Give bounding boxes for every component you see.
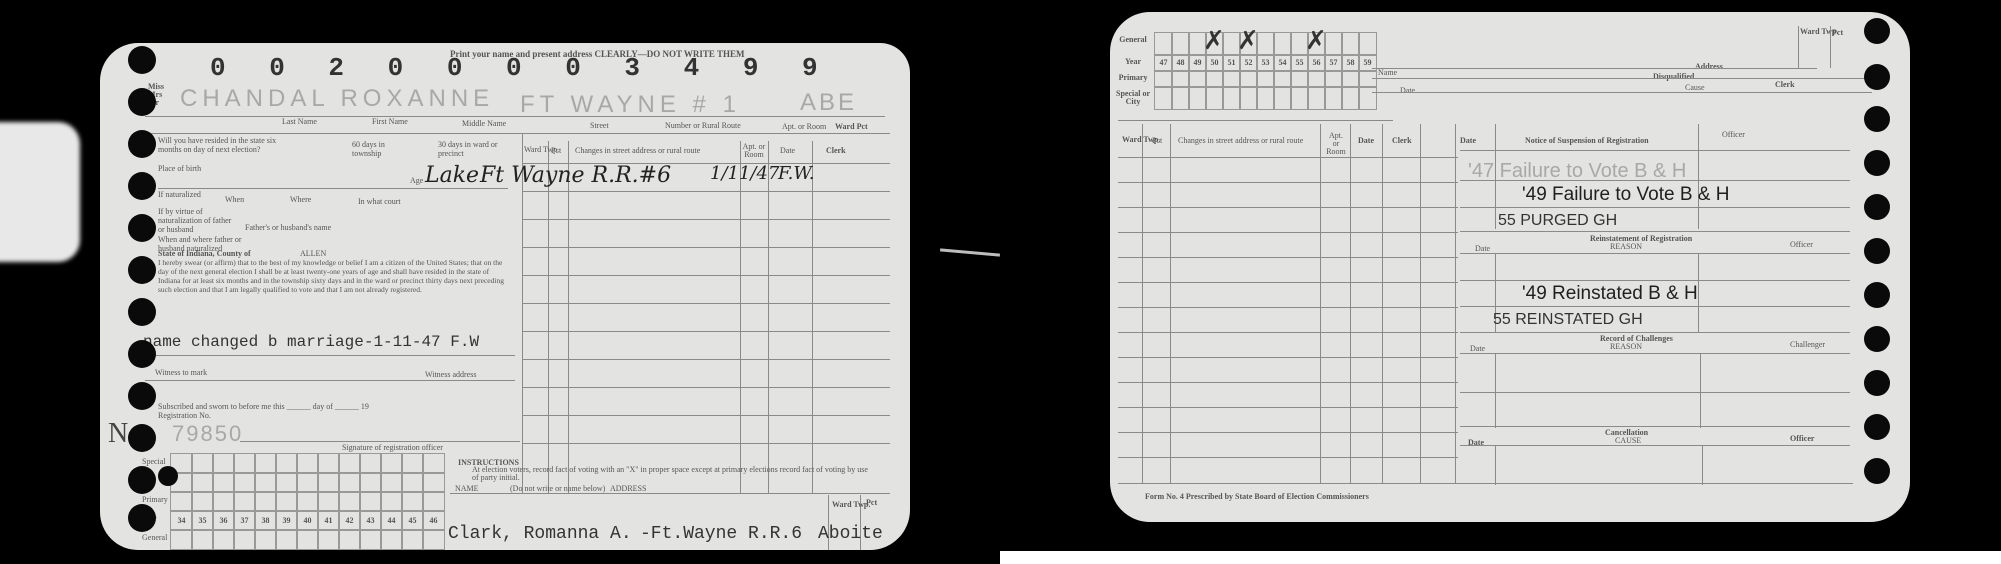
vote-cell: 36 (212, 510, 235, 531)
challenges-reason-header: REASON (1610, 342, 1642, 351)
grid-row-label: Special (142, 457, 166, 466)
reinstatement-entry-1955: 55 REINSTATED GH (1493, 311, 1643, 329)
vote-cell (254, 453, 277, 474)
footer-name-value: Clark, Romanna A. (448, 524, 632, 544)
label-first-name: First Name (372, 117, 408, 126)
registration-number: 79850 (172, 421, 243, 447)
row-divider (1118, 432, 1458, 433)
vote-cell (275, 453, 298, 474)
vote-cell: 40 (296, 510, 319, 531)
vote-cell (359, 529, 382, 550)
vote-cell: 46 (422, 510, 445, 531)
instruction-header: Print your name and present address CLEA… (450, 49, 744, 59)
vote-cell (338, 453, 361, 474)
punch-hole (1864, 326, 1890, 352)
punch-hole (128, 466, 156, 494)
change-clerk: F.W. (778, 163, 814, 184)
punch-hole (158, 466, 178, 486)
col-changes: Changes in street address or rural route (575, 146, 700, 155)
vote-cell (275, 472, 298, 493)
punch-hole (128, 298, 156, 326)
punch-hole (1864, 414, 1890, 440)
punch-hole (1864, 106, 1890, 132)
label-address: Address (1695, 62, 1723, 71)
grid-row-label: Special or City (1114, 90, 1152, 106)
name-value: CHANDAL ROXANNE (180, 85, 494, 113)
overexposed-blob (0, 122, 80, 262)
vote-cell (422, 453, 445, 474)
vote-cell: 41 (317, 510, 340, 531)
punch-hole (128, 504, 156, 532)
col-clerk: Clerk (826, 146, 846, 155)
vote-cell (296, 472, 319, 493)
footer-address-value: -Ft.Wayne R.R.6 (640, 524, 802, 544)
grid-row-label: Year (1114, 58, 1152, 66)
punch-hole (1864, 282, 1890, 308)
vote-cell (191, 491, 214, 512)
footer-township-value: Aboite (818, 524, 883, 544)
footer-pct-label: Pct (866, 498, 877, 507)
reinstatement-date-header: Date (1475, 244, 1490, 253)
punch-hole (128, 130, 156, 158)
punch-hole (128, 88, 156, 116)
witness-address-label: Witness address (425, 370, 476, 379)
virtue-label: If by virtue of naturalization of father… (158, 207, 238, 234)
label-middle-name: Middle Name (462, 119, 506, 128)
vote-cell (380, 472, 403, 493)
vote-cell (212, 453, 235, 474)
registration-card-back: GeneralYear47484950515253545556575859Pri… (1110, 12, 1910, 522)
row-divider (1118, 257, 1458, 258)
vote-cell (401, 453, 424, 474)
label-ward-pct: Ward Pct (835, 122, 868, 131)
vote-cell (296, 453, 319, 474)
ward-precinct-label: 30 days in ward or precinct (438, 140, 508, 158)
col-changes-back: Changes in street address or rural route (1178, 136, 1303, 145)
challenges-date-header: Date (1470, 344, 1485, 353)
cancellation-officer-header: Officer (1790, 434, 1814, 443)
col-date: Date (780, 146, 795, 155)
vote-cell: 39 (275, 510, 298, 531)
vote-cell (422, 529, 445, 550)
label-date: Date (1400, 86, 1415, 95)
age-label: Age (410, 176, 423, 185)
col-apt: Apt. or Room (742, 143, 766, 159)
address-value: FT WAYNE # 1 (520, 91, 741, 119)
punch-hole (128, 424, 156, 452)
vote-cell (359, 472, 382, 493)
suspension-entry-1949: '49 Failure to Vote B & H (1522, 184, 1729, 206)
instructions-text: At election voters, record fact of votin… (472, 466, 872, 482)
court-label: In what court (358, 197, 401, 206)
change-date: 1/11/47 (710, 163, 779, 184)
change-ward: Lake (425, 163, 479, 188)
label-street: Street (590, 121, 609, 130)
father-label: Father's or husband's name (245, 223, 331, 232)
punch-hole (1864, 194, 1890, 220)
vote-cell (296, 491, 319, 512)
cancellation-cause-header: CAUSE (1615, 436, 1641, 445)
vote-cell (296, 529, 319, 550)
punch-hole (128, 340, 156, 368)
scan-border (1000, 551, 2001, 564)
vote-cell (1358, 32, 1377, 56)
vote-cell (338, 472, 361, 493)
vote-cell (254, 472, 277, 493)
row-divider (1118, 157, 1458, 158)
label-number: Number or Rural Route (665, 121, 741, 130)
label-last-name: Last Name (282, 117, 317, 126)
vote-cell (212, 529, 235, 550)
vote-cell (275, 491, 298, 512)
footer-name-label: NAME (455, 484, 479, 493)
grid-row-label: General (1114, 36, 1152, 44)
vote-cell (359, 453, 382, 474)
row-divider (1118, 382, 1458, 383)
vote-cell (401, 491, 424, 512)
vote-cell (380, 491, 403, 512)
naturalized-label: If naturalized (158, 190, 201, 199)
label-clerk: Clerk (1775, 80, 1795, 89)
punch-hole (128, 382, 156, 410)
challenges-challenger-header: Challenger (1790, 340, 1825, 349)
place-of-birth-label: Place of birth (158, 164, 201, 173)
footer-note: (Do not write or name below) (510, 484, 605, 493)
vote-cell (359, 491, 382, 512)
col-clerk-back: Clerk (1392, 136, 1412, 145)
grid-row-label: Primary (142, 495, 168, 504)
vote-cell (233, 453, 256, 474)
vote-cell (212, 472, 235, 493)
col-pct-back: Pct (1152, 136, 1162, 145)
row-divider (1118, 282, 1458, 283)
vote-cell (422, 491, 445, 512)
vote-cell: 37 (233, 510, 256, 531)
vote-cell (233, 529, 256, 550)
reinstatement-entry-1949: '49 Reinstated B & H (1522, 283, 1698, 305)
where-label: Where (290, 195, 311, 204)
label-cause: Cause (1685, 83, 1705, 92)
vote-cell (191, 472, 214, 493)
row-divider (1118, 457, 1458, 458)
vote-cell: 45 (401, 510, 424, 531)
vote-cell (338, 491, 361, 512)
vote-cell (1358, 86, 1377, 110)
vote-cell (422, 472, 445, 493)
signature-label: Signature of registration officer (342, 443, 443, 452)
suspension-officer-header: Officer (1722, 130, 1745, 139)
vote-cell: 44 (380, 510, 403, 531)
punch-hole (1864, 370, 1890, 396)
oath-text: I hereby swear (or affirm) that to the b… (158, 258, 508, 294)
label-disqualified: Disqualified (1653, 72, 1694, 81)
row-divider (1118, 407, 1458, 408)
col-apt-back: Apt. or Room (1325, 132, 1347, 156)
col-date-back: Date (1358, 136, 1374, 145)
vote-cell (191, 529, 214, 550)
row-divider (1118, 207, 1458, 208)
ward-value: ABE (800, 89, 857, 117)
vote-cell: 42 (338, 510, 361, 531)
punch-hole (1864, 18, 1890, 44)
vote-mark-icon: ✗ (1203, 26, 1225, 56)
residency-question: Will you have resided in the state six m… (158, 136, 298, 154)
scan-artifact (940, 248, 1000, 256)
vote-cell (317, 529, 340, 550)
change-address: Ft Wayne R.R.#6 (480, 163, 671, 188)
punch-hole (128, 172, 156, 200)
punch-hole (1864, 150, 1890, 176)
vote-cell (254, 491, 277, 512)
state-label: State of Indiana, County of (158, 249, 251, 258)
vote-cell: 35 (191, 510, 214, 531)
vote-cell (401, 472, 424, 493)
vote-mark-icon: ✗ (1237, 26, 1259, 56)
vote-cell: 34 (170, 510, 193, 531)
when-label: When (225, 195, 244, 204)
reinstatement-officer-header: Officer (1790, 240, 1813, 249)
row-divider (1118, 357, 1458, 358)
grid-row-label: Primary (1114, 74, 1152, 82)
footer-ward-label: Ward Twp. (832, 498, 870, 512)
county-value: ALLEN (300, 249, 326, 258)
punch-hole (128, 46, 156, 74)
row-divider (1118, 307, 1458, 308)
vote-cell (212, 491, 235, 512)
vote-cell (170, 491, 193, 512)
vote-mark-icon: ✗ (1305, 26, 1327, 56)
registration-card-front: 0 0 2 0 0 0 0 3 4 9 9 Print your name an… (100, 43, 910, 550)
punch-hole (128, 256, 156, 284)
punch-hole (128, 214, 156, 242)
row-divider (1118, 182, 1458, 183)
registration-label: Registration No. (158, 411, 211, 420)
witness-label: Witness to mark (155, 368, 207, 377)
vote-cell (254, 529, 277, 550)
label-pct: Pct (1832, 28, 1843, 37)
row-divider (1118, 332, 1458, 333)
vote-cell (317, 472, 340, 493)
subscribed-line: Subscribed and sworn to before me this _… (158, 402, 369, 411)
township-label: 60 days in township (352, 140, 412, 158)
vote-cell (191, 453, 214, 474)
punch-hole (1864, 458, 1890, 484)
vote-cell (380, 453, 403, 474)
vote-cell (233, 472, 256, 493)
punch-hole (1864, 64, 1890, 90)
vote-cell (275, 529, 298, 550)
suspension-date-header: Date (1460, 136, 1476, 145)
row-divider (1118, 232, 1458, 233)
label-apt: Apt. or Room (782, 122, 826, 131)
punch-hole (1864, 238, 1890, 264)
vote-cell (170, 529, 193, 550)
vote-cell (317, 491, 340, 512)
vote-cell (401, 529, 424, 550)
vote-cell (317, 453, 340, 474)
reinstatement-reason-header: REASON (1610, 242, 1642, 251)
vote-cell (338, 529, 361, 550)
label-name: Name (1378, 68, 1397, 77)
grid-row-label: General (142, 533, 167, 542)
vote-cell (380, 529, 403, 550)
vote-cell: 38 (254, 510, 277, 531)
vote-cell: 43 (359, 510, 382, 531)
col-pct: Pct (551, 146, 561, 155)
suspension-entry-1955: 55 PURGED GH (1498, 212, 1617, 230)
suspension-notice-header: Notice of Suspension of Registration (1525, 136, 1649, 145)
form-footer: Form No. 4 Prescribed by State Board of … (1145, 492, 1369, 501)
footer-address-label: ADDRESS (610, 484, 646, 493)
vote-cell (233, 491, 256, 512)
typed-note: name changed b marriage-1-11-47 F.W (143, 333, 479, 351)
